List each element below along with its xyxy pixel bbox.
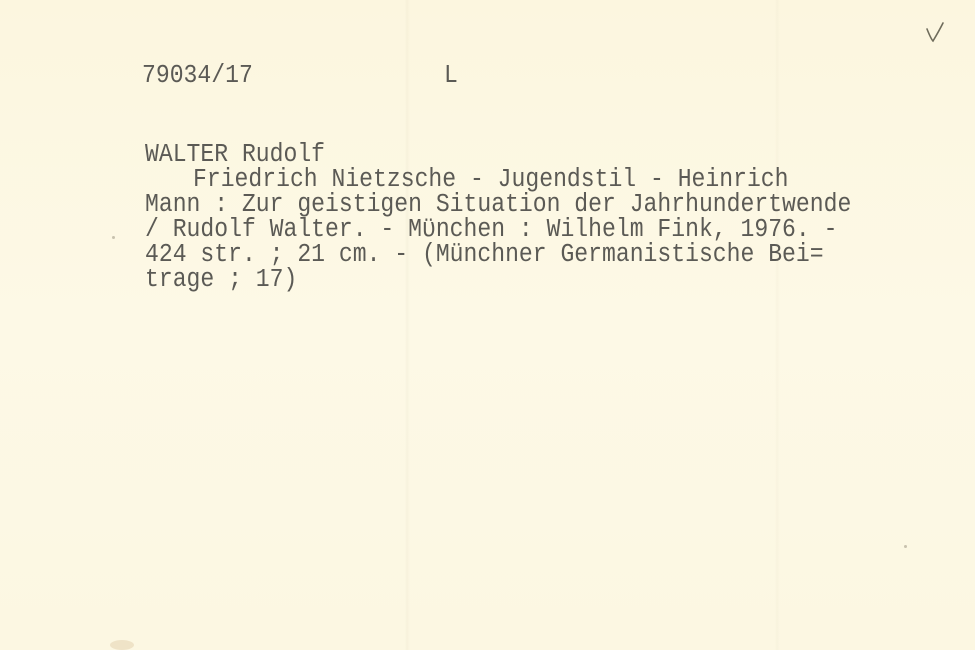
catalog-card: 79034/17 L WALTER Rudolf Friedrich Nietz… [0, 0, 975, 650]
paper-speck [904, 545, 907, 548]
location-code: L [444, 64, 458, 89]
check-mark-icon [924, 20, 946, 46]
call-number: 79034/17 [142, 64, 253, 89]
paper-stain [110, 640, 134, 650]
series-line: trage ; 17) [145, 268, 297, 293]
paper-speck [112, 236, 115, 239]
